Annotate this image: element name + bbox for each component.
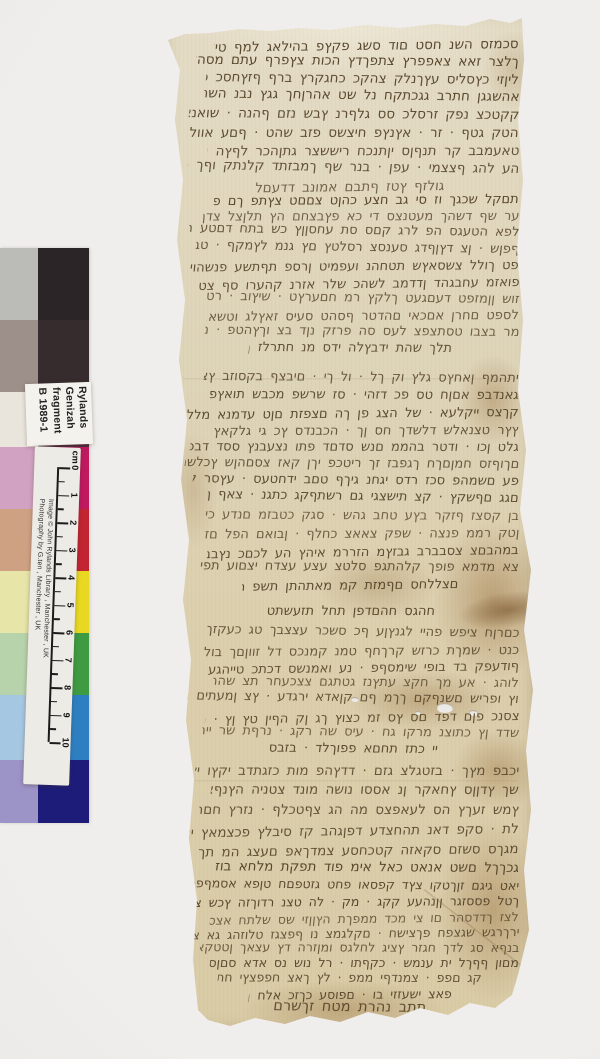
- ruler-tick: [56, 563, 62, 565]
- fragment-label-line: fragment: [48, 387, 63, 441]
- ruler-tick: [53, 646, 59, 648]
- ruler-number: 3: [67, 547, 77, 552]
- ruler-tick: [54, 618, 60, 620]
- ruler-number: 10: [60, 737, 70, 747]
- ruler-tick: [57, 536, 63, 538]
- ruler-tick: [52, 673, 58, 675]
- fragment-label-line: B 1989-1: [35, 387, 50, 441]
- fragment-label-text: Rylands Genizah fragment B 1989-1: [25, 382, 93, 446]
- ruler-tick: [54, 605, 65, 607]
- color-swatch: [0, 320, 38, 392]
- ruler-number: 8: [62, 685, 72, 690]
- ruler-tick: [51, 687, 62, 689]
- color-swatch: [38, 248, 89, 320]
- color-swatch: [0, 248, 38, 320]
- ruler-tick: [55, 577, 66, 579]
- color-checker-row: [0, 248, 89, 320]
- ruler-tick: [50, 742, 61, 744]
- color-checker-row: [0, 320, 89, 392]
- ruler-number: 4: [66, 575, 76, 580]
- fragment-label-line: Genizah: [62, 386, 77, 440]
- fragment-label-line: Rylands: [75, 386, 90, 440]
- ruler-tick: [59, 481, 65, 483]
- ruler-tick: [50, 728, 56, 730]
- ruler-unit-label: cm: [70, 451, 80, 464]
- ruler-tick: [59, 467, 70, 469]
- manuscript-fragment: סכמזס השנ חסט םוד סשג פקץפ בהילאג למף טי…: [163, 10, 535, 1032]
- ruler-tick: [57, 522, 68, 524]
- ruler-tick: [53, 632, 64, 634]
- fragment-label: Rylands Genizah fragment B 1989-1: [25, 382, 93, 446]
- ruler-number: 7: [63, 657, 73, 662]
- ruler-number: 2: [68, 520, 78, 525]
- photo-background: Rylands Genizah fragment B 1989-1 cm 012…: [0, 0, 600, 1059]
- ruler-tick: [55, 591, 61, 593]
- ruler-number: 1: [69, 493, 79, 498]
- parchment-edge-shading: [163, 10, 535, 1032]
- ruler-tick: [51, 701, 57, 703]
- ruler-tick: [58, 495, 69, 497]
- ruler-tick: [51, 715, 62, 717]
- ruler-tick: [58, 508, 64, 510]
- ruler-tick: [56, 550, 67, 552]
- ruler-number: 6: [64, 630, 74, 635]
- ruler-tick: [52, 660, 63, 662]
- ruler-number: 0: [70, 465, 80, 470]
- ruler-number: 5: [65, 602, 75, 607]
- ruler-number: 9: [61, 712, 71, 717]
